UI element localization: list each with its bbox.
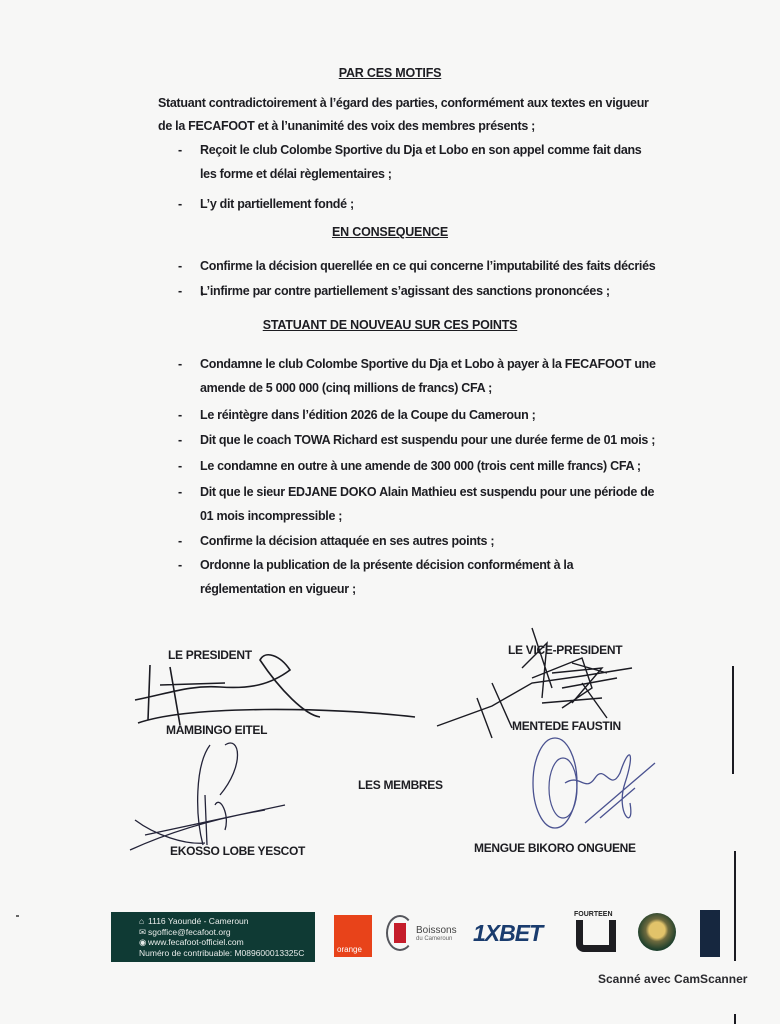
list-item: - Ordonne la publication de la présente … [178,553,658,601]
orange-logo-text: orange [337,945,362,954]
bullet-dash: - [178,480,190,504]
footer-website: www.fecafoot-officiel.com [148,937,244,947]
bullet-dash: - [178,138,190,162]
list-item: - L’y dit partiellement fondé ; [178,192,658,216]
list-item-text: Reçoit le club Colombe Sportive du Dja e… [200,138,658,186]
boissons-emblem-icon [394,923,406,943]
bullet-dash: - [178,352,190,376]
fourteen-logo-text: FOURTEEN [574,911,624,918]
intro-paragraph: Statuant contradictoirement à l’égard de… [158,92,658,138]
footer-address: 1116 Yaoundé - Cameroun [148,916,249,926]
footer-taxpayer-number: Numéro de contribuable: M089600013325C [139,948,304,958]
list-item-text: L’infirme par contre partiellement s’agi… [200,279,658,303]
edge-mark [732,666,734,774]
list-item: - L’infirme par contre partiellement s’a… [178,279,658,303]
list-item: - Dit que le coach TOWA Richard est susp… [178,428,658,452]
bullet-dash: - [178,454,190,478]
edge-mark [734,851,736,961]
member2-signature [525,733,665,843]
mail-icon: ✉ [139,927,148,938]
fourteen-emblem-icon [576,920,616,952]
footer-contact-box: ⌂1116 Yaoundé - Cameroun ✉sgoffice@fecaf… [111,912,315,962]
bullet-dash: - [178,279,190,303]
edge-mark [734,1014,736,1024]
heading-par-ces-motifs: PAR CES MOTIFS [0,66,780,80]
camscanner-watermark: Scanné avec CamScanner [598,972,747,986]
list-item-text: Dit que le coach TOWA Richard est suspen… [200,428,658,452]
list-item-text: Condamne le club Colombe Sportive du Dja… [200,352,658,400]
list-item-text: Ordonne la publication de la présente dé… [200,553,658,601]
bullet-dash: - [178,553,190,577]
president-signature [130,645,430,730]
list-item-text: Confirme la décision attaquée en ses aut… [200,529,658,553]
bullet-dash: - [178,428,190,452]
bullet-dash: - [178,192,190,216]
list-item: - Reçoit le club Colombe Sportive du Dja… [178,138,658,186]
member1-signature [125,735,295,860]
footer-email: sgoffice@fecafoot.org [148,927,231,937]
list-item: - Le condamne en outre à une amende de 3… [178,454,658,478]
1xbet-logo: 1XBET [473,920,542,947]
list-item: - Confirme la décision attaquée en ses a… [178,529,658,553]
boissons-logo-name: Boissons [416,926,457,935]
bullet-dash: - [178,529,190,553]
bullet-dash: - [178,254,190,278]
globe-icon: ◉ [139,937,148,948]
list-item-text: L’y dit partiellement fondé ; [200,192,658,216]
bullet-dash: - [178,403,190,427]
list-item-text: Le condamne en outre à une amende de 300… [200,454,658,478]
fourteen-logo: FOURTEEN [574,911,624,957]
heading-statuant-de-nouveau: STATUANT DE NOUVEAU SUR CES POINTS [0,318,780,332]
dark-block-logo [700,910,720,957]
scan-speck [16,915,19,917]
boissons-du-cameroun-logo: Boissons du Cameroun [386,913,464,957]
boissons-logo-sub: du Cameroun [416,936,452,942]
members-title: LES MEMBRES [358,778,443,792]
heading-en-consequence: EN CONSEQUENCE [0,225,780,239]
list-item: - Dit que le sieur EDJANE DOKO Alain Mat… [178,480,658,528]
lion-crest-icon [638,913,676,951]
list-item-text: Le réintègre dans l’édition 2026 de la C… [200,403,658,427]
scanned-document-page: PAR CES MOTIFS Statuant contradictoireme… [0,0,780,1024]
orange-logo: orange [334,915,372,957]
home-icon: ⌂ [139,916,148,927]
list-item-text: Dit que le sieur EDJANE DOKO Alain Mathi… [200,480,658,528]
member2-name: MENGUE BIKORO ONGUENE [474,841,636,855]
list-item: - Condamne le club Colombe Sportive du D… [178,352,658,400]
list-item: - Le réintègre dans l’édition 2026 de la… [178,403,658,427]
